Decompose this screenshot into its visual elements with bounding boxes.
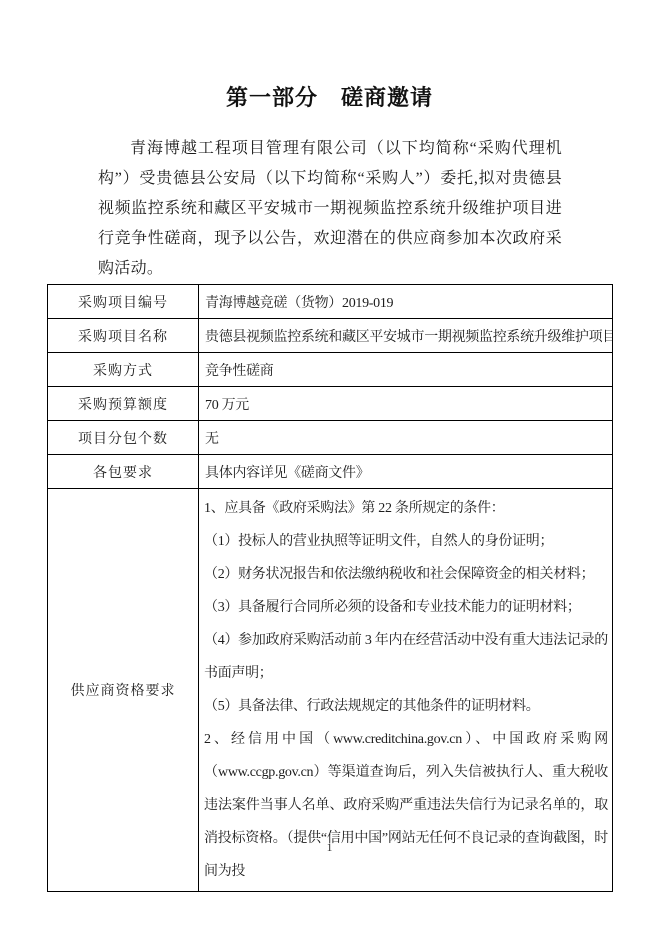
row-label: 采购项目名称 xyxy=(48,319,199,353)
row-label: 各包要求 xyxy=(48,455,199,489)
row-label: 项目分包个数 xyxy=(48,421,199,455)
table-row-project-name: 采购项目名称 贵德县视频监控系统和藏区平安城市一期视频监控系统升级维护项目 xyxy=(48,319,613,353)
qualification-item: （4）参加政府采购活动前 3 年内在经营活动中没有重大违法记录的书面声明； xyxy=(204,624,608,690)
table-row-package-requirements: 各包要求 具体内容详见《磋商文件》 xyxy=(48,455,613,489)
table-row-procurement-method: 采购方式 竞争性磋商 xyxy=(48,353,613,387)
table-row-budget: 采购预算额度 70 万元 xyxy=(48,387,613,421)
qualification-item: （3）具备履行合同所必须的设备和专业技术能力的证明材料； xyxy=(204,591,608,624)
document-page: 第一部分 磋商邀请 青海博越工程项目管理有限公司（以下均简称“采购代理机构”）受… xyxy=(0,0,659,933)
page-number: 1 xyxy=(0,840,659,855)
table-row-supplier-qualifications: 供应商资格要求 1、应具备《政府采购法》第 22 条所规定的条件： （1）投标人… xyxy=(48,489,613,892)
row-label: 采购项目编号 xyxy=(48,285,199,319)
row-value: 70 万元 xyxy=(199,387,613,421)
qualification-item: （5）具备法律、行政法规规定的其他条件的证明材料。 xyxy=(204,690,608,723)
row-value-qualifications: 1、应具备《政府采购法》第 22 条所规定的条件： （1）投标人的营业执照等证明… xyxy=(199,489,613,892)
row-label: 供应商资格要求 xyxy=(48,489,199,892)
intro-paragraph: 青海博越工程项目管理有限公司（以下均简称“采购代理机构”）受贵德县公安局（以下均… xyxy=(98,134,562,284)
qualification-item: 2、经信用中国（www.creditchina.gov.cn）、中国政府采购网（… xyxy=(204,723,608,888)
procurement-info-table: 采购项目编号 青海博越竞磋（货物）2019-019 采购项目名称 贵德县视频监控… xyxy=(47,284,613,892)
row-value: 具体内容详见《磋商文件》 xyxy=(199,455,613,489)
row-label: 采购方式 xyxy=(48,353,199,387)
qualification-item: （2）财务状况报告和依法缴纳税收和社会保障资金的相关材料； xyxy=(204,558,608,591)
row-value: 贵德县视频监控系统和藏区平安城市一期视频监控系统升级维护项目 xyxy=(199,319,613,353)
row-value: 竞争性磋商 xyxy=(199,353,613,387)
table-row-package-count: 项目分包个数 无 xyxy=(48,421,613,455)
qualification-item: 1、应具备《政府采购法》第 22 条所规定的条件： xyxy=(204,492,608,525)
table-row-project-number: 采购项目编号 青海博越竞磋（货物）2019-019 xyxy=(48,285,613,319)
row-value: 青海博越竞磋（货物）2019-019 xyxy=(199,285,613,319)
qualification-item: （1）投标人的营业执照等证明文件，自然人的身份证明； xyxy=(204,525,608,558)
row-label: 采购预算额度 xyxy=(48,387,199,421)
row-value: 无 xyxy=(199,421,613,455)
page-title: 第一部分 磋商邀请 xyxy=(0,0,659,112)
